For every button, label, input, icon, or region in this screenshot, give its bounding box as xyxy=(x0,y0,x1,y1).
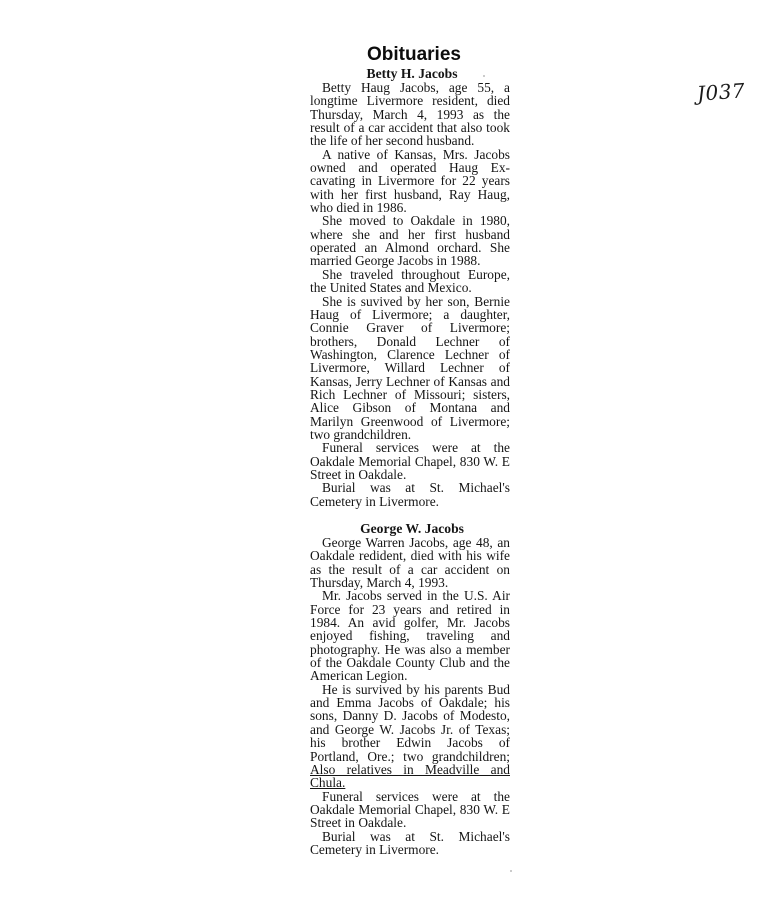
obituary-betty-jacobs: Betty H. Jacobs Betty Haug Jacobs, age 5… xyxy=(310,67,510,508)
obituary-paragraph: She traveled throughout Europe, the Unit… xyxy=(310,268,510,295)
obituary-name: George W. Jacobs xyxy=(310,522,510,536)
scan-speck xyxy=(510,870,512,872)
obituary-paragraph: Funeral services were at the Oakdale Mem… xyxy=(310,441,510,481)
obituary-paragraph: George Warren Jacobs, age 48, an Oakdale… xyxy=(310,536,510,589)
obituary-george-jacobs: George W. Jacobs George Warren Jacobs, a… xyxy=(310,522,510,856)
obituary-paragraph: Burial was at St. Michael's Cemetery in … xyxy=(310,830,510,857)
handwritten-addition: Also relatives in Meadville and Chula. xyxy=(310,762,510,790)
margin-annotation: J037 xyxy=(696,78,746,105)
obituary-paragraph: Mr. Jacobs served in the U.S. Air Force … xyxy=(310,589,510,682)
obituary-paragraph: She moved to Oakdale in 1980, where she … xyxy=(310,214,510,267)
obituary-paragraph: She is suvived by her son, Ber­nie Haug … xyxy=(310,295,510,442)
survivors-text: He is survived by his parents Bud and Em… xyxy=(310,682,510,764)
obituary-paragraph: Burial was at St. Michael's Cemetery in … xyxy=(310,481,510,508)
scanned-page: J037 Obituaries Betty H. Jacobs Betty Ha… xyxy=(0,0,759,898)
section-title: Obituaries xyxy=(318,44,510,66)
obituary-paragraph: Funeral services were at the Oakdale Mem… xyxy=(310,790,510,830)
obituary-name: Betty H. Jacobs xyxy=(310,67,510,81)
obituaries-column: Obituaries Betty H. Jacobs Betty Haug Ja… xyxy=(310,44,510,856)
obituary-paragraph: Betty Haug Jacobs, age 55, a longtime Li… xyxy=(310,81,510,148)
obituary-paragraph-survivors: He is survived by his parents Bud and Em… xyxy=(310,683,510,790)
scan-speck xyxy=(483,75,485,77)
obituary-paragraph: A native of Kansas, Mrs. Jacobs owned an… xyxy=(310,148,510,215)
